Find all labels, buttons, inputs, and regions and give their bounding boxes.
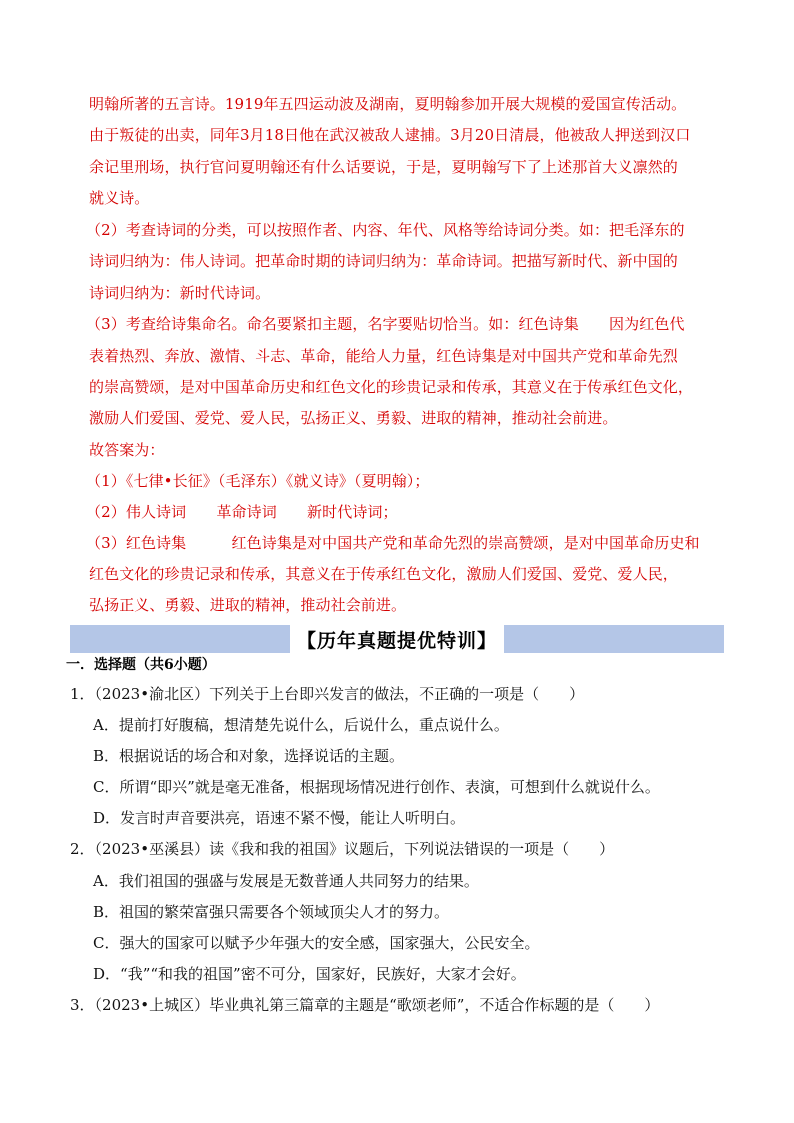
answer-line: （1）《七律•长征》（毛泽东）《就义诗》（夏明翰）； [86, 471, 430, 491]
analysis-line: 激励人们爱国、爱党、爱人民，弘扬正义、勇毅、进取的精神，推动社会前进。 [89, 408, 618, 428]
question-option: D．“我”“和我的祖国”密不可分，国家好，民族好，大家才会好。 [93, 964, 526, 984]
question-stem: 2．（2023•巫溪县）读《我和我的祖国》议题后，下列说法错误的一项是（ ） [70, 839, 614, 859]
question-stem: 1．（2023•渝北区）下列关于上台即兴发言的做法，不正确的一项是（ ） [70, 684, 584, 704]
analysis-line: 诗词归纳为：新时代诗词。 [89, 283, 270, 303]
question-option: A．提前打好腹稿，想清楚先说什么，后说什么，重点说什么。 [93, 715, 509, 735]
answer-line: 红色文化的珍贵记录和传承，其意义在于传承红色文化，激励人们爱国、爱党、爱人民， [89, 564, 678, 584]
answer-line: 弘扬正义、勇毅、进取的精神，推动社会前进。 [89, 595, 406, 615]
analysis-line: （3）考查给诗集命名。命名要紧扣主题，名字要贴切恰当。如：红色诗集 因为红色代 [86, 314, 685, 334]
analysis-line: 表着热烈、奔放、激情、斗志、革命，能给人力量，红色诗集是对中国共产党和革命先烈 [89, 346, 678, 366]
question-option: B．根据说话的场合和对象，选择说话的主题。 [93, 746, 404, 766]
analysis-line: 由于叛徒的出卖，同年3月18日他在武汉被敌人逮捕。3月20日清晨，他被敌人押送到… [89, 125, 690, 145]
analysis-line: 就义诗。 [89, 188, 149, 208]
document-page: 明翰所著的五言诗。1919年五四运动波及湖南，夏明翰参加开展大规模的爱国宣传活动… [0, 0, 794, 1123]
analysis-line: 余记里刑场，执行官问夏明翰还有什么话要说，于是，夏明翰写下了上述那首大义凛然的 [89, 157, 678, 177]
answer-intro: 故答案为： [89, 440, 165, 460]
question-option: C．所谓“即兴”就是毫无准备，根据现场情况进行创作、表演，可想到什么就说什么。 [93, 777, 660, 797]
question-option: B．祖国的繁荣富强只需要各个领域顶尖人才的努力。 [93, 902, 449, 922]
answer-line: （3）红色诗集 红色诗集是对中国共产党和革命先烈的崇高赞颂，是对中国革命历史和 [86, 533, 700, 553]
section-banner-title: 【历年真题提优特训】 [290, 625, 504, 653]
question-option: A．我们祖国的强盛与发展是无数普通人共同努力的结果。 [93, 871, 479, 891]
answer-line: （2）伟人诗词 革命诗词 新时代诗词； [86, 502, 398, 522]
analysis-line: 的崇高赞颂，是对中国革命历史和红色文化的珍贵记录和传承，其意义在于传承红色文化， [89, 377, 693, 397]
question-stem: 3．（2023•上城区）毕业典礼第三篇章的主题是“歌颂老师”，不适合作标题的是（… [70, 995, 659, 1015]
question-option: D．发言时声音要洪亮，语速不紧不慢，能让人听明白。 [93, 808, 465, 828]
analysis-line: 明翰所著的五言诗。1919年五四运动波及湖南，夏明翰参加开展大规模的爱国宣传活动… [89, 94, 686, 114]
section-heading: 一．选择题（共6小题） [66, 654, 216, 674]
analysis-line: 诗词归纳为：伟人诗词。把革命时期的诗词归纳为：革命诗词。把描写新时代、新中国的 [89, 251, 678, 271]
question-option: C．强大的国家可以赋予少年强大的安全感，国家强大，公民安全。 [93, 933, 539, 953]
analysis-line: （2）考查诗词的分类，可以按照作者、内容、年代、风格等给诗词分类。如：把毛泽东的 [86, 220, 685, 240]
